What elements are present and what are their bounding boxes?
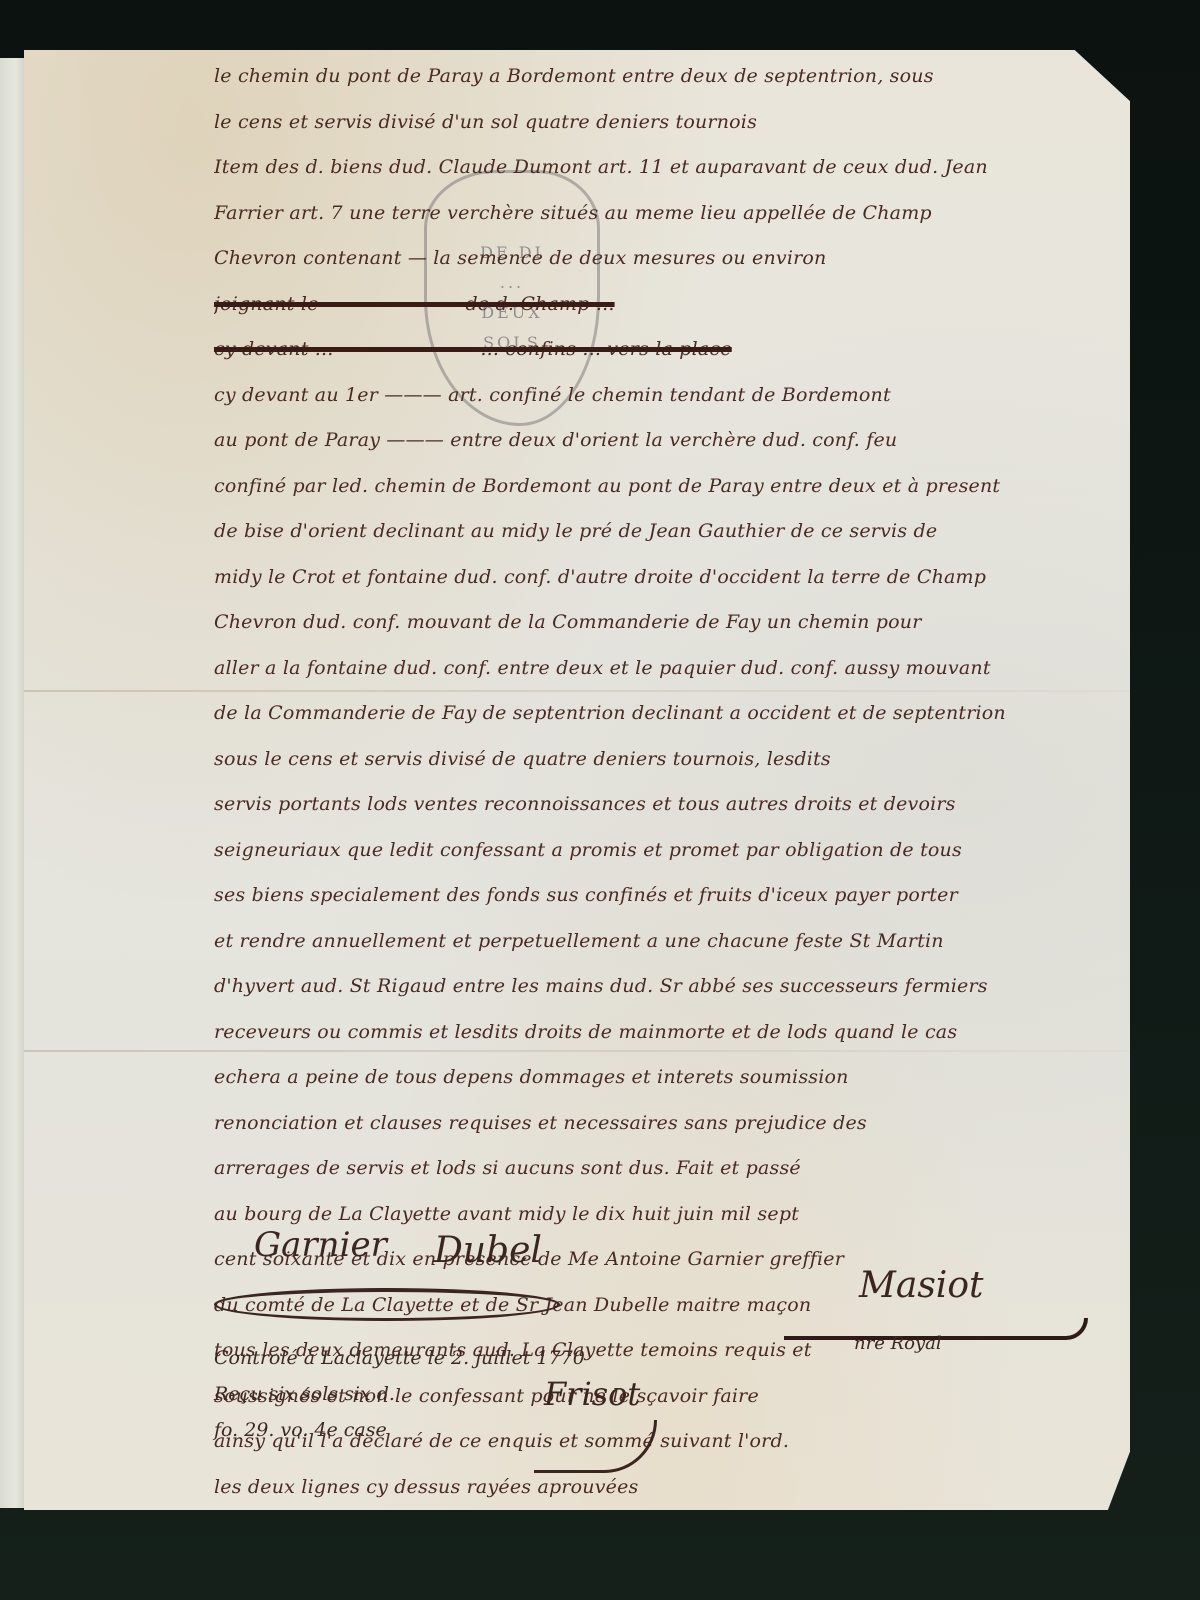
notary-title: nre Royal xyxy=(854,1333,942,1354)
text-line: servis portants lods ventes reconnoissan… xyxy=(214,782,1114,828)
text-line: receveurs ou commis et lesdits droits de… xyxy=(214,1010,1114,1056)
signature-garnier: Garnier xyxy=(254,1225,387,1265)
text-line: le cens et servis divisé d'un sol quatre… xyxy=(214,100,1114,146)
text-line: et rendre annuellement et perpetuellemen… xyxy=(214,919,1114,965)
signature-flourish-icon xyxy=(214,1288,560,1321)
signature-masiot: Masiot xyxy=(859,1265,983,1306)
photo-background: DE DI ... DEUX SOLS le chemin du pont de… xyxy=(0,0,1200,1600)
text-line: midy le Crot et fontaine dud. conf. d'au… xyxy=(214,555,1114,601)
text-line: d'hyvert aud. St Rigaud entre les mains … xyxy=(214,964,1114,1010)
manuscript-page: DE DI ... DEUX SOLS le chemin du pont de… xyxy=(24,50,1130,1510)
struck-text-line: joignant le ——————— de d. Champ ... xyxy=(214,282,1114,328)
control-note-line: fo. 29. vo. 4e case xyxy=(214,1412,585,1448)
text-line: renonciation et clauses requises et nece… xyxy=(214,1101,1114,1147)
text-line: Chevron contenant — la semence de deux m… xyxy=(214,236,1114,282)
text-line: de bise d'orient declinant au midy le pr… xyxy=(214,509,1114,555)
text-line: sous le cens et servis divisé de quatre … xyxy=(214,737,1114,783)
signature-flourish-icon xyxy=(534,1420,657,1473)
text-line: seigneuriaux que ledit confessant a prom… xyxy=(214,828,1114,874)
text-line: echera a peine de tous depens dommages e… xyxy=(214,1055,1114,1101)
text-line: ses biens specialement des fonds sus con… xyxy=(214,873,1114,919)
text-line: arrerages de servis et lods si aucuns so… xyxy=(214,1146,1114,1192)
signature-block: Garnier Dubel Masiot nre Royal Controlé … xyxy=(24,1210,1130,1510)
text-line: de la Commanderie de Fay de septentrion … xyxy=(214,691,1114,737)
text-line: Chevron dud. conf. mouvant de la Command… xyxy=(214,600,1114,646)
text-line: le chemin du pont de Paray a Bordemont e… xyxy=(214,54,1114,100)
text-line: Item des d. biens dud. Claude Dumont art… xyxy=(214,145,1114,191)
struck-text-line: cy devant ... ——————— ... confins ... ve… xyxy=(214,327,1114,373)
text-line: aller a la fontaine dud. conf. entre deu… xyxy=(214,646,1114,692)
text-line: au pont de Paray ——— entre deux d'orient… xyxy=(214,418,1114,464)
control-note-line: Controlé à Laclayette le 2. juillet 1770 xyxy=(214,1340,585,1376)
signature-dubel: Dubel xyxy=(434,1230,542,1271)
registration-control-note: Controlé à Laclayette le 2. juillet 1770… xyxy=(214,1340,585,1448)
text-line: Farrier art. 7 une terre verchère situés… xyxy=(214,191,1114,237)
text-line: confiné par led. chemin de Bordemont au … xyxy=(214,464,1114,510)
signature-frisot: Frisot xyxy=(544,1375,640,1413)
control-note-line: Reçu six sols six d. xyxy=(214,1376,585,1412)
text-line: cy devant au 1er ——— art. confiné le che… xyxy=(214,373,1114,419)
underlying-page-edge xyxy=(0,58,28,1508)
